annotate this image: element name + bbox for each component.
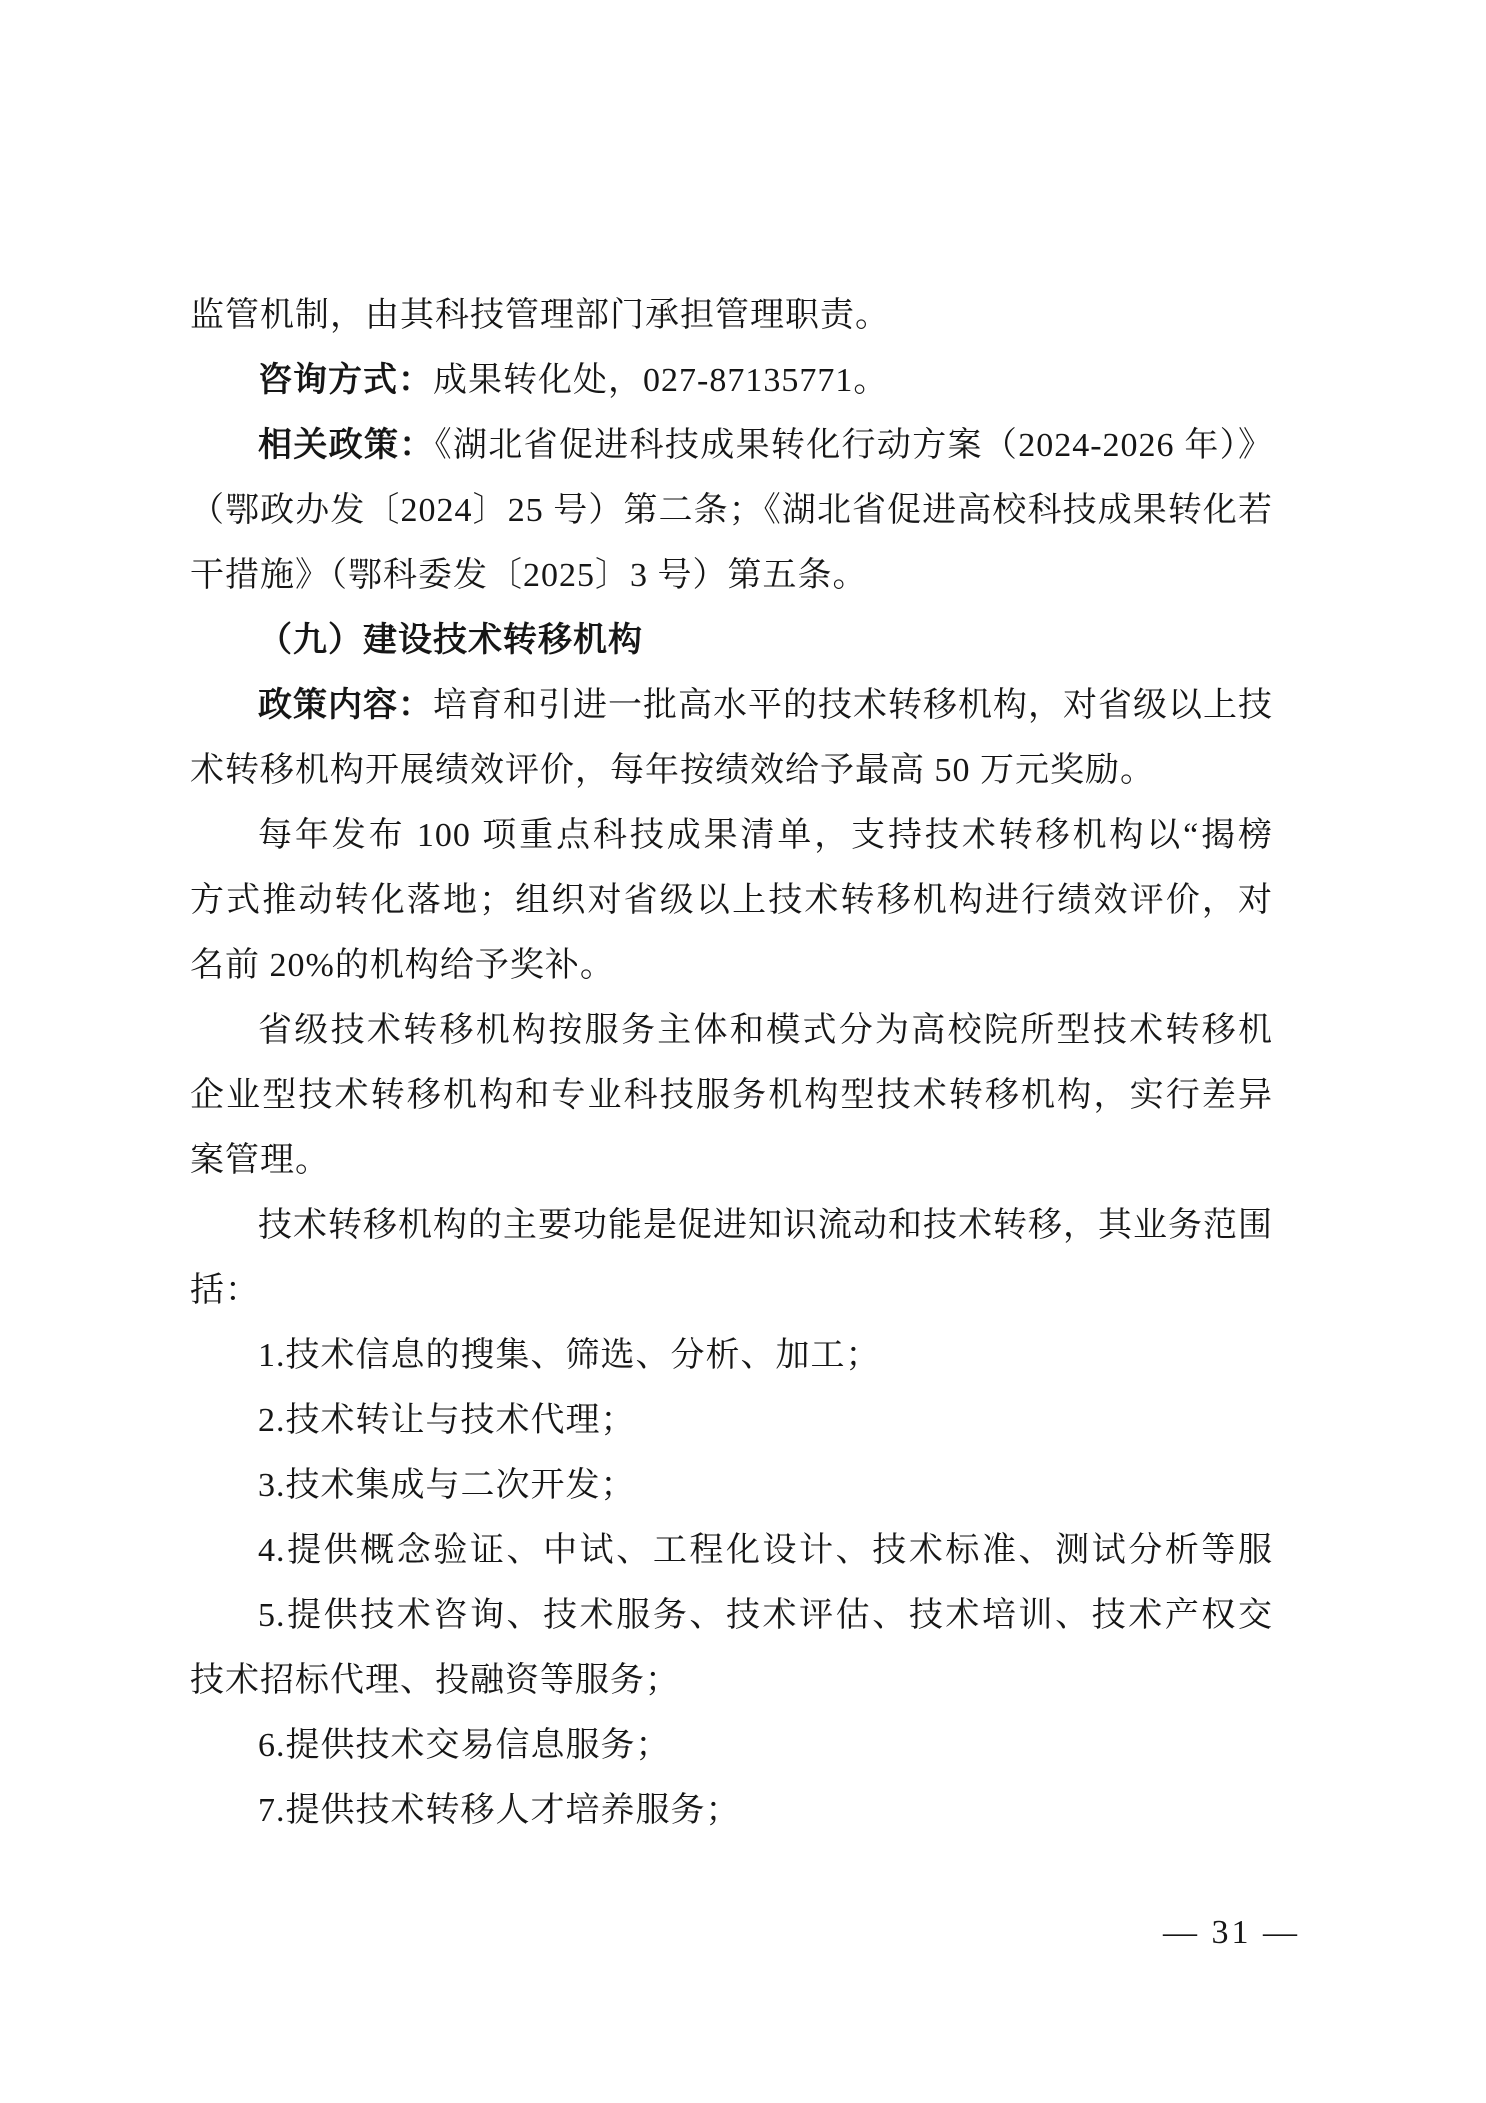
text-segment: 《湖北省促进科技成果转化行动方案（2024-2026 年）》: [435, 427, 1273, 464]
text-segment: 监管机制，由其科技管理部门承担管理职责。: [190, 297, 890, 334]
text-segment-bold: 政策内容：: [258, 687, 433, 724]
page-number: — 31 —: [1163, 1908, 1300, 1958]
text-segment: 每年发布 100 项重点科技成果清单，支持技术转移机构以“揭榜制”: [258, 817, 1273, 868]
text-line: 1.技术信息的搜集、筛选、分析、加工；: [190, 1323, 1273, 1388]
text-segment: 案管理。: [190, 1142, 330, 1179]
text-segment: 企业型技术转移机构和专业科技服务机构型技术转移机构，实行差异化备: [190, 1077, 1273, 1128]
text-segment: 1.技术信息的搜集、筛选、分析、加工；: [258, 1337, 881, 1374]
text-segment: 括：: [190, 1272, 260, 1309]
text-segment: 干措施》（鄂科委发〔2025〕3 号）第五条。: [190, 557, 868, 594]
text-line: 4.提供概念验证、中试、工程化设计、技术标准、测试分析等服务；: [190, 1518, 1273, 1583]
text-segment: 名前 20%的机构给予奖补。: [190, 947, 615, 984]
document-page: 监管机制，由其科技管理部门承担管理职责。咨询方式：成果转化处，027-87135…: [0, 0, 1486, 2103]
text-segment: （鄂政办发〔2024〕25 号）第二条；《湖北省促进高校科技成果转化若: [190, 492, 1273, 529]
text-line: 干措施》（鄂科委发〔2025〕3 号）第五条。: [190, 543, 1273, 608]
text-line: （九）建设技术转移机构: [190, 608, 1273, 673]
text-line: 3.技术集成与二次开发；: [190, 1453, 1273, 1518]
text-line: 案管理。: [190, 1128, 1273, 1193]
text-segment: 3.技术集成与二次开发；: [258, 1467, 636, 1504]
text-segment: 5.提供技术咨询、技术服务、技术评估、技术培训、技术产权交易、: [258, 1597, 1273, 1648]
text-line: 省级技术转移机构按服务主体和模式分为高校院所型技术转移机构、: [190, 998, 1273, 1063]
text-line: 2.技术转让与技术代理；: [190, 1388, 1273, 1453]
text-line: 方式推动转化落地；组织对省级以上技术转移机构进行绩效评价，对排: [190, 868, 1273, 933]
text-line: 6.提供技术交易信息服务；: [190, 1713, 1273, 1778]
text-segment: 技术招标代理、投融资等服务；: [190, 1662, 680, 1699]
text-line: 技术转移机构的主要功能是促进知识流动和技术转移，其业务范围包: [190, 1193, 1273, 1258]
text-line: 7.提供技术转移人才培养服务；: [190, 1778, 1273, 1843]
text-line: （鄂政办发〔2024〕25 号）第二条；《湖北省促进高校科技成果转化若: [190, 478, 1273, 543]
text-segment: 培育和引进一批高水平的技术转移机构，对省级以上技: [433, 687, 1273, 724]
text-line: 监管机制，由其科技管理部门承担管理职责。: [190, 283, 1273, 348]
text-line: 技术招标代理、投融资等服务；: [190, 1648, 1273, 1713]
text-segment-bold: 相关政策：: [258, 427, 435, 464]
text-line: 术转移机构开展绩效评价，每年按绩效给予最高 50 万元奖励。: [190, 738, 1273, 803]
text-segment: 省级技术转移机构按服务主体和模式分为高校院所型技术转移机构、: [258, 1012, 1273, 1063]
text-segment: 术转移机构开展绩效评价，每年按绩效给予最高 50 万元奖励。: [190, 752, 1155, 789]
text-segment: 成果转化处，027-87135771。: [433, 362, 888, 399]
text-segment-bold: （九）建设技术转移机构: [258, 622, 643, 659]
text-segment: 4.提供概念验证、中试、工程化设计、技术标准、测试分析等服务；: [258, 1532, 1273, 1583]
text-segment: 7.提供技术转移人才培养服务；: [258, 1792, 741, 1829]
text-segment: 方式推动转化落地；组织对省级以上技术转移机构进行绩效评价，对排: [190, 882, 1273, 933]
text-line: 企业型技术转移机构和专业科技服务机构型技术转移机构，实行差异化备: [190, 1063, 1273, 1128]
text-line: 5.提供技术咨询、技术服务、技术评估、技术培训、技术产权交易、: [190, 1583, 1273, 1648]
text-line: 相关政策：《湖北省促进科技成果转化行动方案（2024-2026 年）》: [190, 413, 1273, 478]
text-line: 每年发布 100 项重点科技成果清单，支持技术转移机构以“揭榜制”: [190, 803, 1273, 868]
text-line: 括：: [190, 1258, 1273, 1323]
text-segment: 技术转移机构的主要功能是促进知识流动和技术转移，其业务范围包: [258, 1207, 1273, 1258]
text-line: 咨询方式：成果转化处，027-87135771。: [190, 348, 1273, 413]
text-segment-bold: 咨询方式：: [258, 362, 433, 399]
document-body: 监管机制，由其科技管理部门承担管理职责。咨询方式：成果转化处，027-87135…: [190, 283, 1273, 1843]
text-segment: 6.提供技术交易信息服务；: [258, 1727, 671, 1764]
text-line: 名前 20%的机构给予奖补。: [190, 933, 1273, 998]
text-line: 政策内容：培育和引进一批高水平的技术转移机构，对省级以上技: [190, 673, 1273, 738]
text-segment: 2.技术转让与技术代理；: [258, 1402, 636, 1439]
